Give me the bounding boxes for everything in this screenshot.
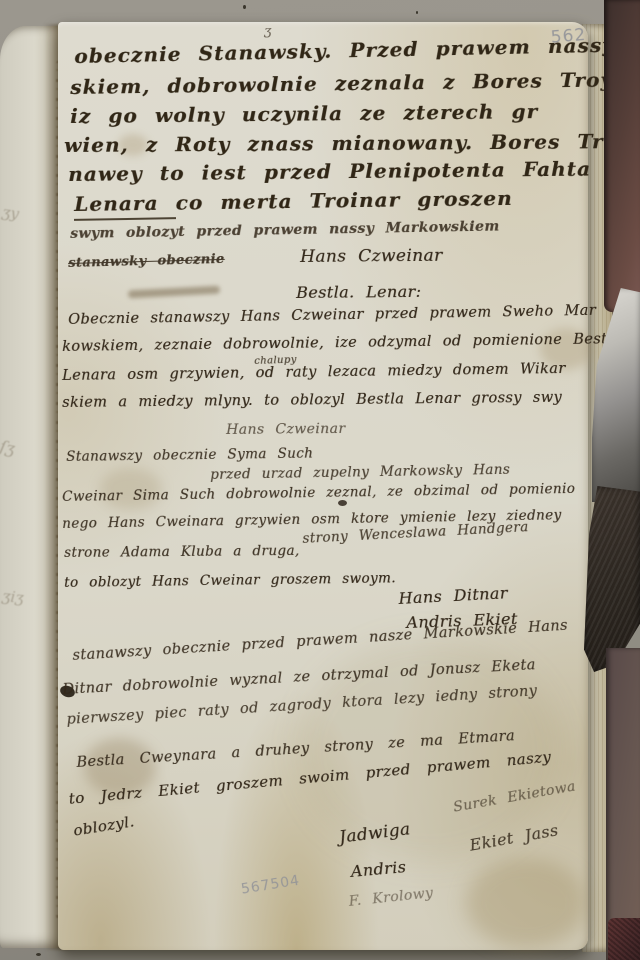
signature-line: Andris	[350, 857, 407, 881]
ink-underline	[74, 217, 176, 221]
manuscript-line: to oblozyt Hans Cweinar groszem swoym.	[64, 570, 396, 591]
archival-number-pencil: 567504	[240, 873, 301, 898]
manuscript-line: wien, z Roty znass mianowany. Bores Troy	[64, 129, 631, 157]
manuscript-page: obecznie Stanawsky. Przed prawem nassy M…	[58, 22, 588, 950]
signature-line: Hans Czweinar	[226, 421, 345, 438]
page-stain	[466, 858, 586, 948]
manuscript-line: iz go wolny uczynila ze zterech gr	[70, 99, 538, 128]
ink-smudge	[128, 286, 220, 299]
dust-speck	[243, 5, 246, 9]
manuscript-line: skiem a miedzy mlyny. to oblozyl Bestla …	[62, 390, 562, 411]
dust-speck	[416, 11, 418, 14]
signature-line: Bestla. Lenar:	[296, 282, 421, 302]
ink-blot	[338, 500, 347, 506]
ink-flourish: ʒ	[264, 24, 272, 39]
signature-line: Hans Ditnar	[398, 583, 508, 608]
ink-showthrough-mark: ʒy	[1, 203, 20, 223]
photo-backdrop: ʒy ſʒ ʒiʒ obecznie Stanawsky. Przed praw…	[0, 0, 640, 960]
manuscript-line: Lenara co merta Troinar groszen	[74, 186, 513, 216]
manuscript-line: skiem, dobrowolnie zeznala z Bores Troyn…	[70, 66, 640, 99]
manuscript-line-struck: stanawsky obecznie	[68, 252, 225, 271]
signature-line: F. Krolowy	[348, 885, 434, 910]
book-cover-edge-top	[604, 0, 640, 312]
manuscript-line: Lenara osm grzywien, od raty lezaca mied…	[62, 361, 566, 384]
folio-number-pencil: 562	[550, 25, 587, 48]
ink-showthrough-mark: ʒiʒ	[1, 587, 24, 607]
manuscript-line: kowskiem, zeznaie dobrowolnie, ize odzym…	[62, 331, 621, 355]
book-cover-edge-bottom	[606, 648, 640, 960]
manuscript-line: Stanawszy obecznie Syma Such	[66, 446, 313, 465]
manuscript-line: nawey to iest przed Plenipotenta Fahta	[68, 157, 591, 186]
manuscript-line: oblozyl.	[72, 812, 136, 839]
manuscript-line: strone Adama Kluba a druga,	[64, 543, 300, 561]
ink-showthrough-mark: ſʒ	[0, 437, 17, 459]
book-cover-corner	[608, 918, 640, 960]
signature-line: Hans Czweinar	[300, 246, 443, 267]
manuscript-line: Obecznie stanawszy Hans Czweinar przed p…	[68, 303, 596, 328]
dust-speck	[36, 953, 41, 956]
manuscript-line: przed urzad zupelny Markowsky Hans	[210, 462, 510, 483]
manuscript-line: swym oblozyt przed prawem nassy Markowsk…	[70, 219, 500, 242]
